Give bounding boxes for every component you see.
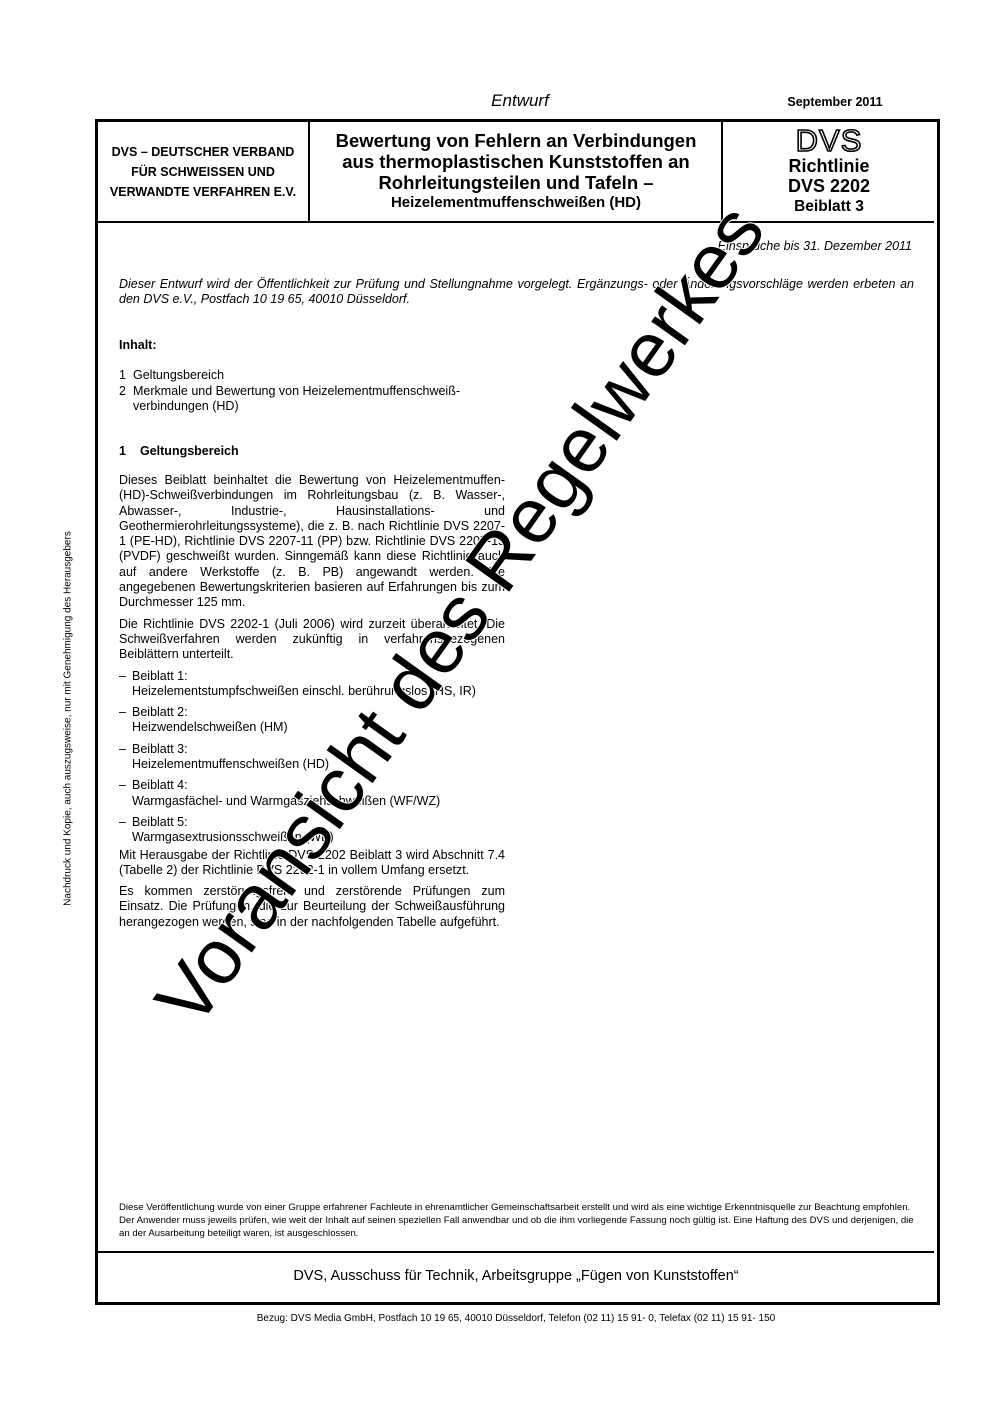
toc-number: 2: [119, 384, 133, 415]
toc-item: 1 Geltungsbereich: [119, 368, 519, 384]
publisher-line: DVS – DEUTSCHER VERBAND: [110, 142, 296, 162]
section-body: Dieses Beiblatt beinhaltet die Bewertung…: [119, 473, 505, 936]
toc-item: 2 Merkmale und Bewertung von Heizelement…: [119, 384, 519, 415]
dash-bullet: –: [119, 705, 132, 736]
supplement-list-item: – Beiblatt 4:Warmgasfächel- und Warmgasz…: [119, 778, 505, 809]
supplement-desc: Warmgasfächel- und Warmgasziehschweißen …: [132, 794, 440, 809]
dash-bullet: –: [119, 669, 132, 700]
dash-bullet: –: [119, 778, 132, 809]
supplement-label: Beiblatt 5:: [132, 815, 334, 830]
draft-intro-text: Dieser Entwurf wird der Öffentlichkeit z…: [119, 277, 914, 307]
dvs-logo: DVS: [796, 126, 863, 156]
toc-label: Geltungsbereich: [133, 368, 224, 384]
publisher-line: VERWANDTE VERFAHREN E.V.: [110, 182, 296, 202]
ordering-info: Bezug: DVS Media GmbH, Postfach 10 19 65…: [98, 1313, 934, 1324]
title-line: Bewertung von Fehlern an Verbindungen: [336, 130, 697, 151]
reprint-notice: Nachdruck und Kopie, auch auszugsweise, …: [63, 499, 74, 939]
objection-deadline: Einsprüche bis 31. Dezember 2011: [718, 239, 912, 253]
document-id-box: DVS Richtlinie DVS 2202 Beiblatt 3: [724, 122, 934, 221]
supplement-label: Beiblatt 3:: [132, 742, 329, 757]
dash-bullet: –: [119, 815, 132, 846]
footer-divider: [98, 1251, 934, 1253]
toc-label: Merkmale und Bewertung von Heizelementmu…: [133, 384, 503, 415]
draft-status-label: Entwurf: [420, 91, 620, 111]
committee-credit: DVS, Ausschuss für Technik, Arbeitsgrupp…: [98, 1268, 934, 1284]
liability-disclaimer: Diese Veröffentlichung wurde von einer G…: [119, 1201, 915, 1240]
supplement-label: Beiblatt 1:: [132, 669, 476, 684]
paragraph: Es kommen zerstörungsfreie und zerstören…: [119, 884, 505, 930]
supplement-number: Beiblatt 3: [794, 196, 864, 217]
supplement-label: Beiblatt 2:: [132, 705, 288, 720]
paragraph: Dieses Beiblatt beinhaltet die Bewertung…: [119, 473, 505, 611]
publication-date: September 2011: [760, 95, 910, 109]
supplement-desc: Heizelementmuffenschweißen (HD): [132, 757, 329, 772]
table-of-contents: 1 Geltungsbereich 2 Merkmale und Bewertu…: [119, 368, 519, 415]
title-line: aus thermoplastischen Kunststoffen an: [342, 151, 689, 172]
supplement-list-item: – Beiblatt 5:Warmgasextrusionsschweißen …: [119, 815, 505, 846]
supplement-desc: Warmgasextrusionsschweißen (WE): [132, 830, 334, 845]
supplement-desc: Heizelementstumpfschweißen einschl. berü…: [132, 684, 476, 699]
title-line: Rohrleitungsteilen und Tafeln –: [378, 172, 653, 193]
section-number: 1: [119, 444, 140, 458]
contents-heading: Inhalt:: [119, 338, 157, 352]
toc-number: 1: [119, 368, 133, 384]
supplement-list-item: – Beiblatt 1:Heizelementstumpfschweißen …: [119, 669, 505, 700]
supplement-label: Beiblatt 4:: [132, 778, 440, 793]
document-title-box: Bewertung von Fehlern an Verbindungen au…: [311, 122, 723, 221]
section-title: Geltungsbereich: [140, 444, 239, 458]
supplement-desc: Heizwendelschweißen (HM): [132, 720, 288, 735]
paragraph: Die Richtlinie DVS 2202-1 (Juli 2006) wi…: [119, 617, 505, 663]
paragraph: Mit Herausgabe der Richtlinie DVS 2202 B…: [119, 848, 505, 879]
section-heading: 1Geltungsbereich: [119, 444, 239, 458]
supplement-list-item: – Beiblatt 3:Heizelementmuffenschweißen …: [119, 742, 505, 773]
dash-bullet: –: [119, 742, 132, 773]
document-type: Richtlinie: [788, 156, 869, 176]
header-divider: [98, 221, 934, 223]
supplement-list-item: – Beiblatt 2:Heizwendelschweißen (HM): [119, 705, 505, 736]
publisher-box: DVS – DEUTSCHER VERBAND FÜR SCHWEISSEN U…: [98, 122, 310, 221]
document-number: DVS 2202: [788, 176, 870, 196]
publisher-line: FÜR SCHWEISSEN UND: [110, 162, 296, 182]
document-subtitle: Heizelementmuffenschweißen (HD): [391, 193, 641, 213]
